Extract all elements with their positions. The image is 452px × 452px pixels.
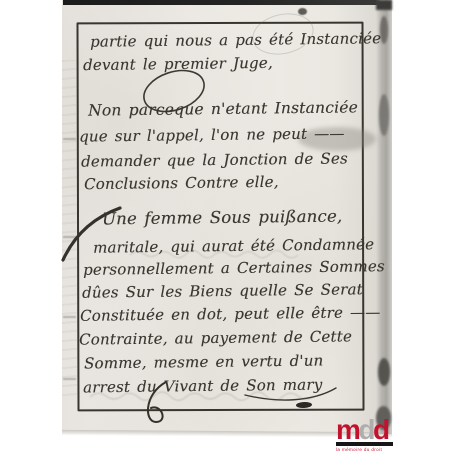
manuscript-line-4: que sur l'appel, l'on ne peut —— (79, 124, 345, 145)
scanned-manuscript-page: partie qui nous a pas été Instanciée dev… (0, 0, 452, 452)
corner-smudge (376, 0, 392, 10)
scan-edge-band (63, 0, 385, 5)
manuscript-line-14: arrest du Vivant de Son mary (83, 376, 323, 397)
manuscript-line-8: maritale, qui aurat été Condamnée (93, 235, 374, 256)
manuscript-line-1: partie qui nous a pas été Instanciée (90, 29, 381, 51)
logo-caption: la mémoire du droit (336, 447, 394, 452)
edge-stain (378, 358, 390, 386)
manuscript-line-10: dûes Sur les Biens quelle Se Serat (82, 280, 363, 301)
logo-letter-d2: d (373, 414, 388, 445)
manuscript-line-2: devant le premier Juge, (83, 54, 273, 74)
margin-tick (63, 138, 76, 140)
margin-tick (63, 378, 76, 380)
manuscript-line-6: Conclusions Contre elle, (84, 173, 279, 193)
mdd-logo: mdd la mémoire du droit (336, 418, 394, 452)
margin-tick (63, 316, 76, 318)
ink-dot-stain (298, 8, 307, 15)
manuscript-line-7: Une femme Sous puißance, (102, 207, 343, 229)
logo-letter-d1: d (358, 414, 373, 445)
logo-letter-m: m (336, 414, 358, 445)
manuscript-line-9: personnellement a Certaines Sommes (83, 257, 385, 279)
manuscript-line-13: Somme, mesme en vertu d'un (84, 352, 324, 373)
manuscript-line-5: demander que la Jonction de Ses (81, 149, 348, 170)
manuscript-line-11: Constituée en dot, peut elle être —— (80, 303, 381, 325)
manuscript-line-12: Contrainte, au payement de Cette (79, 327, 352, 348)
manuscript-line-3: Non parceque n'etant Instanciée (88, 98, 358, 119)
mdd-logo-word: mdd (336, 418, 394, 442)
edge-stain (379, 94, 389, 136)
